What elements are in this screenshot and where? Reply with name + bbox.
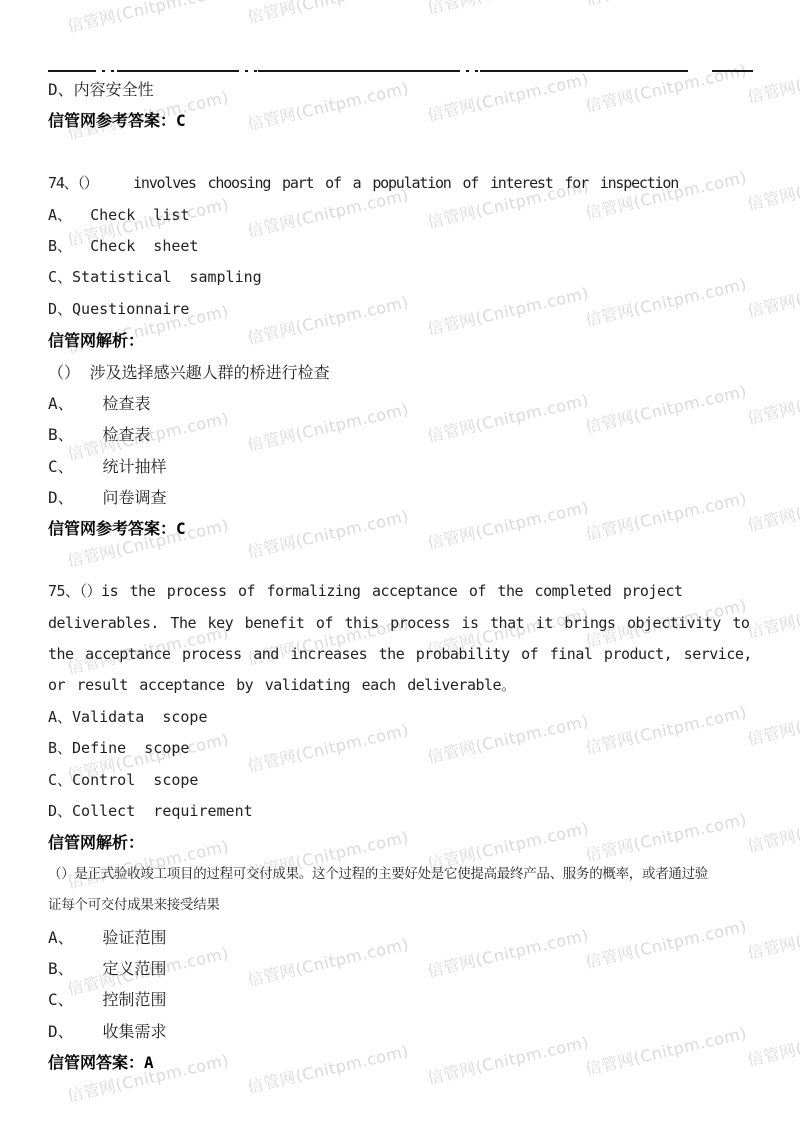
q74-option-a: A、 Check list — [48, 200, 754, 231]
spacer-line — [48, 137, 754, 168]
rule-dots — [236, 70, 258, 72]
q74-cn-option-d: D、 问卷调查 — [48, 482, 754, 513]
q74-question: 74、（） involves choosing part of a popula… — [48, 168, 754, 199]
q75-cn-option-c: C、 控制范围 — [48, 984, 754, 1015]
q74-analysis-text: （） 涉及选择感兴趣人群的桥进行检查 — [48, 357, 754, 388]
watermark-text: 信管网(Cnitpm.com) — [745, 0, 800, 1]
q75-option-b: B、Define scope — [48, 733, 754, 764]
watermark-text: 信管网(Cnitpm.com) — [583, 0, 749, 10]
rule-segment — [712, 70, 753, 72]
q75-cn-option-b: B、 定义范围 — [48, 953, 754, 984]
q75-question-line-2: deliverables. The key benefit of this pr… — [48, 608, 754, 639]
q74-option-b: B、 Check sheet — [48, 231, 754, 262]
rule-segment — [117, 70, 236, 72]
q75-analysis-label: 信管网解析： — [48, 827, 754, 858]
q74-option-d: D、Questionnaire — [48, 294, 754, 325]
q74-analysis-label: 信管网解析： — [48, 325, 754, 356]
q74-cn-option-a: A、 检查表 — [48, 388, 754, 419]
document-page: 信管网(Cnitpm.com)信管网(Cnitpm.com)信管网(Cnitpm… — [0, 0, 800, 1132]
prev-question-answer: 信管网参考答案：C — [48, 105, 754, 136]
rule-segment — [258, 70, 457, 72]
exam-content: D、内容安全性 信管网参考答案：C 74、（） involves choosin… — [48, 74, 754, 1079]
q75-option-a: A、Validata scope — [48, 702, 754, 733]
rule-dots — [457, 70, 480, 72]
q75-question-line-3: the acceptance process and increases the… — [48, 639, 754, 670]
watermark-text: 信管网(Cnitpm.com) — [245, 0, 411, 28]
q74-cn-option-b: B、 检查表 — [48, 419, 754, 450]
q74-answer: 信管网参考答案：C — [48, 513, 754, 544]
q75-cn-option-d: D、 收集需求 — [48, 1016, 754, 1047]
spacer-line — [48, 545, 754, 576]
watermark-text: 信管网(Cnitpm.com) — [425, 0, 591, 19]
q75-option-c: C、Control scope — [48, 765, 754, 796]
q75-question-line-4: or result acceptance by validating each … — [48, 670, 754, 701]
q75-analysis-line-2: 证每个可交付成果来接受结果 — [48, 890, 754, 921]
rule-segment — [480, 70, 688, 72]
q75-analysis-line-1: （）是正式验收竣工项目的过程可交付成果。这个过程的主要好处是它使提高最终产品、服… — [48, 859, 754, 890]
rule-dots — [93, 70, 117, 72]
q75-cn-option-a: A、 验证范围 — [48, 922, 754, 953]
q74-option-c: C、Statistical sampling — [48, 262, 754, 293]
q75-answer: 信管网答案：A — [48, 1047, 754, 1078]
watermark-text: 信管网(Cnitpm.com) — [65, 0, 231, 37]
q75-option-d: D、Collect requirement — [48, 796, 754, 827]
q75-question-line-1: 75、（）is the process of formalizing accep… — [48, 576, 754, 607]
rule-segment — [48, 70, 93, 72]
prev-question-option-d: D、内容安全性 — [48, 74, 754, 105]
q74-cn-option-c: C、 统计抽样 — [48, 451, 754, 482]
page-break-rule — [48, 70, 753, 73]
